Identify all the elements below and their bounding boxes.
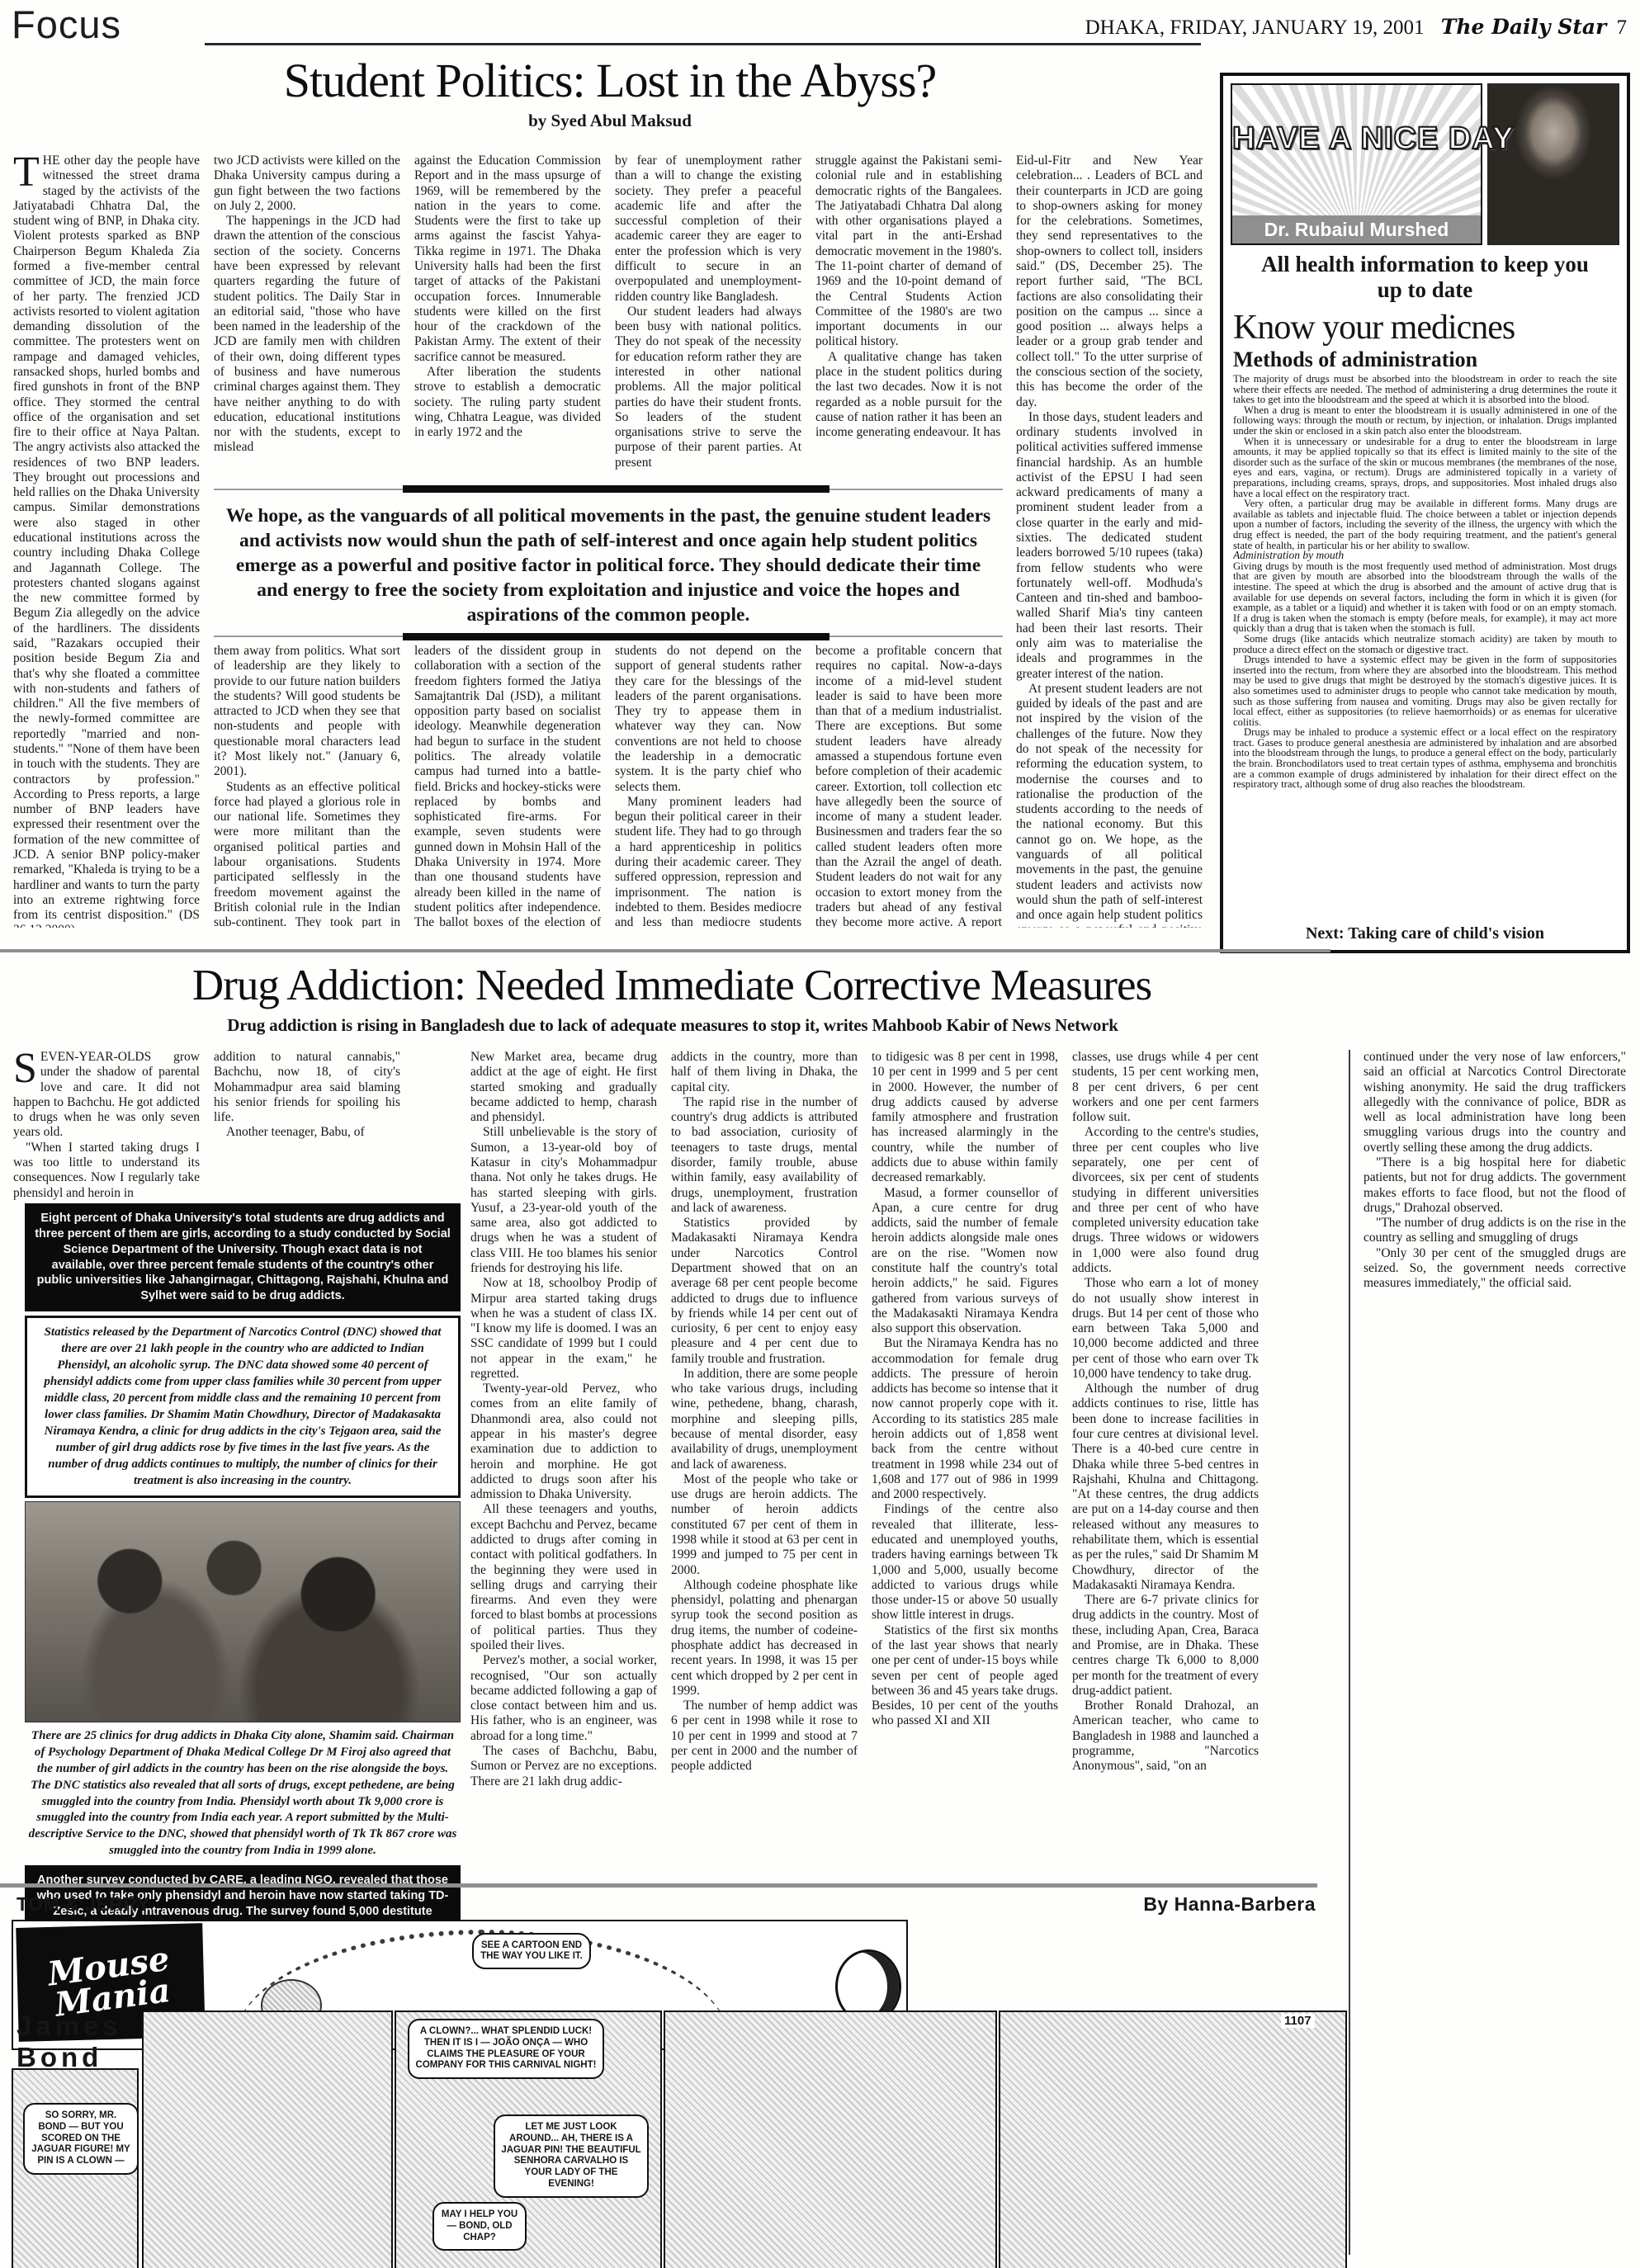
right-column-rule bbox=[1349, 1050, 1350, 2255]
page-number: 7 bbox=[1617, 17, 1628, 39]
article1-column-1: THE other day the people have witnessed … bbox=[13, 154, 200, 928]
article1-byline: by Syed Abul Maksud bbox=[12, 111, 1208, 131]
sidebar-heading: Know your medicnes bbox=[1233, 308, 1617, 347]
sidebar-body-part2: Giving drugs by mouth is the most freque… bbox=[1233, 561, 1617, 790]
jamesbond-panel-5 bbox=[999, 2010, 1347, 2268]
sidebar-body-part1: The majority of drugs must be absorbed i… bbox=[1233, 374, 1617, 550]
article2-column-f: classes, use drugs while 4 per cent stud… bbox=[1072, 1050, 1259, 1873]
tomjerry-speech-bubble: SEE A CARTOON END THE WAY YOU LIKE IT. bbox=[472, 1933, 591, 1969]
paper-name: The Daily Star bbox=[1441, 15, 1606, 39]
article1-column-4-top: by fear of unemployment rather than a wi… bbox=[615, 154, 801, 482]
tomjerry-label: TOM & JERRY bbox=[17, 1893, 149, 1916]
sidebar-banner: HAVE A NICE DAY Dr. Rubaiul Murshed bbox=[1231, 83, 1619, 245]
jamesbond-panel-2 bbox=[142, 2010, 393, 2268]
section-title: Focus bbox=[12, 2, 121, 47]
addicts-photo bbox=[25, 1501, 461, 1722]
jamesbond-bubble-1: SO SORRY, MR. BOND — BUT YOU SCORED ON T… bbox=[23, 2103, 139, 2175]
jamesbond-bubble-3: LET ME JUST LOOK AROUND... AH, THERE IS … bbox=[494, 2114, 649, 2198]
jamesbond-bubble-2: A CLOWN?... WHAT SPLENDID LUCK! THEN IT … bbox=[408, 2019, 604, 2079]
article1-column-6: Eid-ul-Fitr and New Year celebration... … bbox=[1016, 154, 1203, 928]
article1-column-3-top: against the Education Commission Report … bbox=[414, 154, 601, 482]
pull-quote-text: We hope, as the vanguards of all politic… bbox=[214, 490, 1003, 627]
sidebar-doctor-name: Dr. Rubaiul Murshed bbox=[1232, 215, 1481, 243]
article1-column-2-bottom: them away from politics. What sort of le… bbox=[214, 644, 400, 928]
article1-column-2-top: two JCD activists were killed on the Dha… bbox=[214, 154, 400, 482]
article1-column-3-bottom: leaders of the dissident group in collab… bbox=[414, 644, 601, 928]
article-divider bbox=[0, 949, 1330, 952]
sidebar-next-line: Next: Taking care of child's vision bbox=[1223, 924, 1627, 943]
jamesbond-panel-4 bbox=[664, 2010, 997, 2268]
article1-column-5-top: struggle against the Pakistani semi-colo… bbox=[815, 154, 1002, 482]
comics-divider bbox=[0, 1883, 1317, 1888]
newspaper-page: Focus DHAKA, FRIDAY, JANUARY 19, 2001 Th… bbox=[0, 0, 1640, 2268]
tomjerry-credit: By Hanna-Barbera bbox=[957, 1893, 1316, 1916]
masthead-date: DHAKA, FRIDAY, JANUARY 19, 2001 bbox=[1085, 17, 1425, 39]
jamesbond-bubble-4: MAY I HELP YOU — BOND, OLD CHAP? bbox=[432, 2202, 527, 2251]
sunburst-panel: HAVE A NICE DAY Dr. Rubaiul Murshed bbox=[1231, 83, 1482, 245]
article1-column-4-bottom: students do not depend on the support of… bbox=[615, 644, 801, 928]
jamesbond-title: James Bond bbox=[17, 2010, 140, 2073]
article1-headline: Student Politics: Lost in the Abyss? bbox=[12, 53, 1208, 108]
sidebar-body: The majority of drugs must be absorbed i… bbox=[1233, 374, 1617, 921]
sidebar-subheading: Methods of administration bbox=[1233, 347, 1617, 372]
doctor-photo bbox=[1487, 83, 1619, 245]
article2-column-g: continued under the very nose of law enf… bbox=[1364, 1050, 1626, 1438]
sidebar-italic-subhead: Administration by mouth bbox=[1233, 550, 1617, 561]
article2-column-e: to tidigesic was 8 per cent in 1998, 10 … bbox=[872, 1050, 1058, 1873]
sidebar-banner-title: HAVE A NICE DAY bbox=[1232, 121, 1481, 157]
photo-caption: There are 25 clinics for drug addicts in… bbox=[25, 1722, 461, 1864]
masthead-right: DHAKA, FRIDAY, JANUARY 19, 2001 The Dail… bbox=[1085, 15, 1627, 40]
article2-column-c: New Market area, became drug addict at t… bbox=[470, 1050, 657, 1873]
sidebar-tagline: All health information to keep you up to… bbox=[1256, 252, 1594, 303]
masthead-rule bbox=[205, 43, 1201, 45]
jamesbond-strip-number: 1107 bbox=[1281, 2014, 1315, 2028]
article1-column-5-bottom: become a profitable concern that require… bbox=[815, 644, 1002, 928]
article2-column-a: SEVEN-YEAR-OLDS grow under the shadow of… bbox=[13, 1050, 200, 1200]
stats-box-top: Eight percent of Dhaka University's tota… bbox=[25, 1203, 461, 1311]
article2-column-b: addition to natural cannabis," Bachchu, … bbox=[214, 1050, 400, 1200]
article2-headline: Drug Addiction: Needed Immediate Correct… bbox=[12, 961, 1332, 1010]
pull-quote-box: We hope, as the vanguards of all politic… bbox=[214, 489, 1003, 637]
health-sidebar: HAVE A NICE DAY Dr. Rubaiul Murshed All … bbox=[1220, 73, 1630, 953]
stats-box-italic: Statistics released by the Department of… bbox=[25, 1316, 461, 1498]
article2-standfirst: Drug addiction is rising in Bangladesh d… bbox=[83, 1015, 1263, 1036]
article2-column-d: addicts in the country, more than half o… bbox=[671, 1050, 858, 1873]
